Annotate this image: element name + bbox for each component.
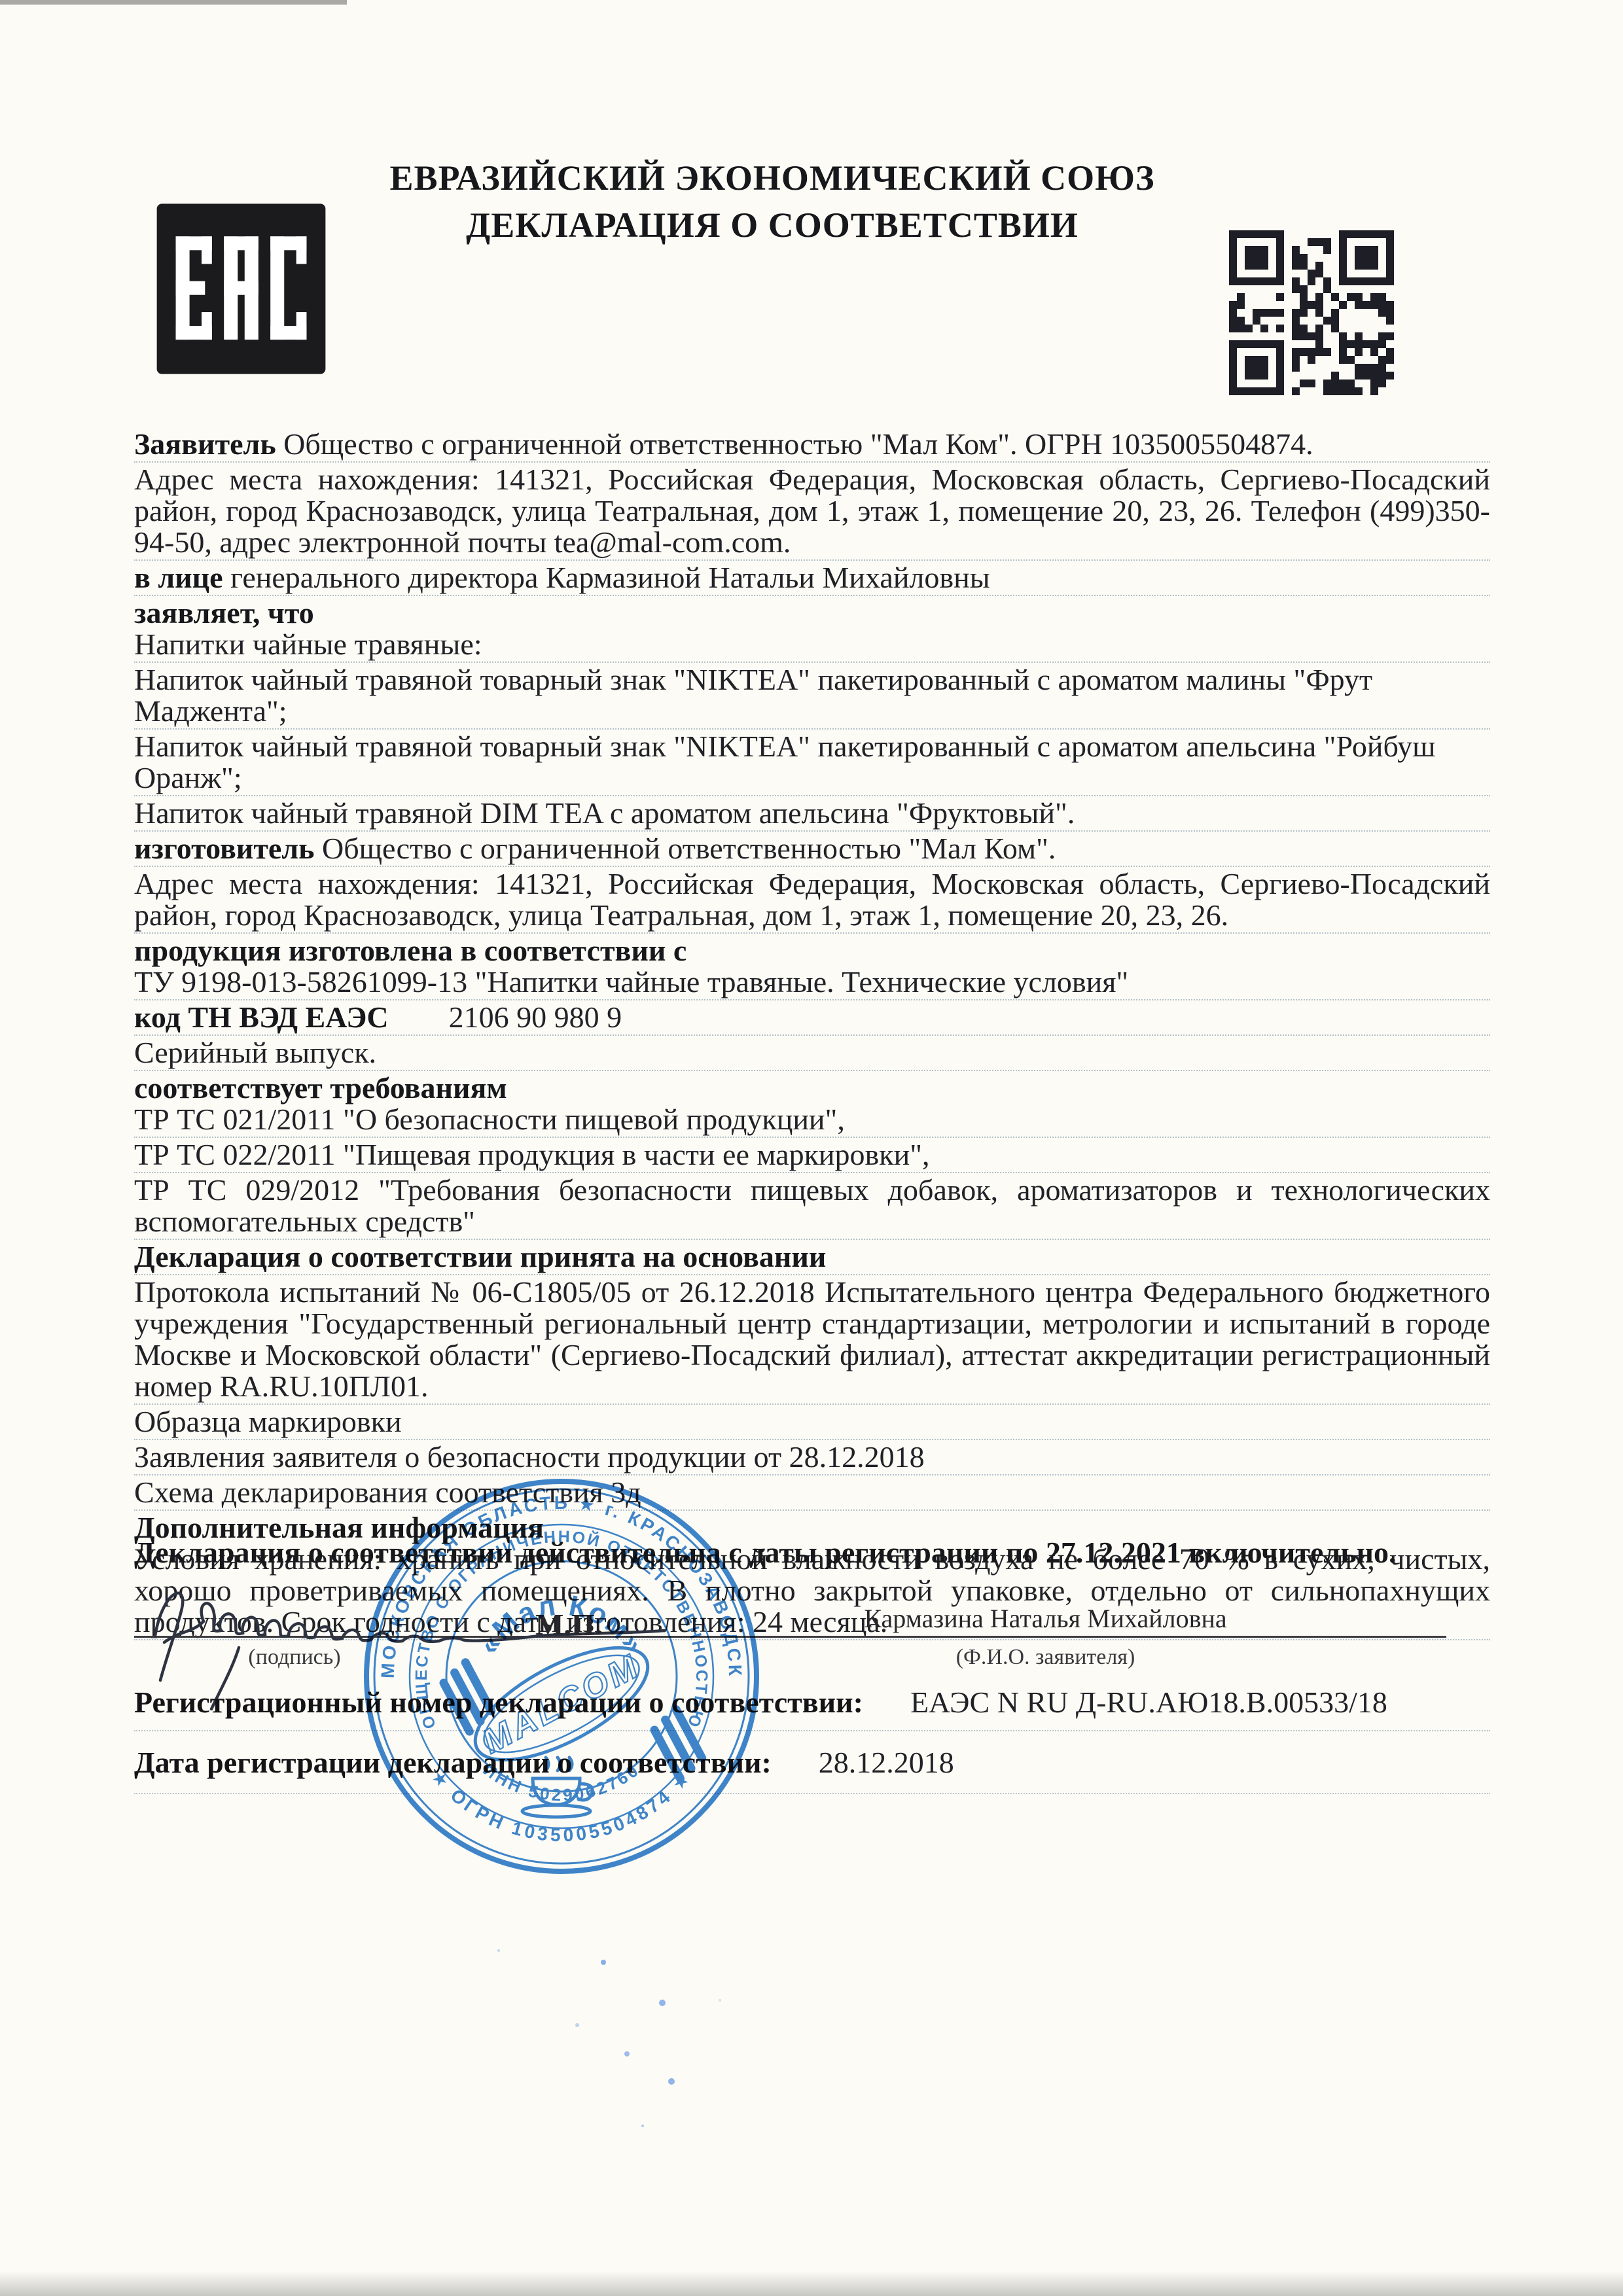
declaration-document: ЕВРАЗИЙСКИЙ ЭКОНОМИЧЕСКИЙ СОЮЗ ДЕКЛАРАЦИ… — [0, 0, 1623, 2296]
manufacturer-text: Общество с ограниченной ответственностью… — [322, 832, 1056, 865]
row-scheme: Схема декларирования соответствия 3д — [134, 1477, 1490, 1511]
tnved-label: код ТН ВЭД ЕАЭС — [134, 1000, 389, 1034]
applicant-label: Заявитель — [134, 427, 276, 461]
row-tr3: ТР ТС 029/2012 "Требования безопасности … — [134, 1174, 1490, 1240]
row-applicant: Заявитель Общество с ограниченной ответс… — [134, 429, 1490, 463]
row-tu: ТУ 9198-013-58261099-13 "Напитки чайные … — [134, 966, 1490, 1000]
row-product-3: Напиток чайный травяной DIM TEA с аромат… — [134, 798, 1490, 832]
row-tr2: ТР ТС 022/2011 "Пищевая продукция в част… — [134, 1139, 1490, 1173]
row-made-head: продукция изготовлена в соответствии с — [134, 935, 1490, 966]
row-tr1: ТР ТС 021/2011 "О безопасности пищевой п… — [134, 1104, 1490, 1138]
scan-artifact-bottom — [0, 2271, 1623, 2296]
registration-number-row: Регистрационный номер декларации о соотв… — [134, 1686, 1490, 1731]
row-declares: заявляет, что — [134, 597, 1490, 629]
row-product-2: Напиток чайный травяной товарный знак "N… — [134, 731, 1490, 796]
registration-number-value: ЕАЭС N RU Д-RU.АЮ18.В.00533/18 — [910, 1686, 1387, 1719]
qr-code — [1229, 230, 1394, 395]
row-in-person: в лице генерального директора Кармазиной… — [134, 562, 1490, 596]
row-applicant-address: Адрес места нахождения: 141321, Российск… — [134, 464, 1490, 561]
applicant-text: Общество с ограниченной ответственностью… — [283, 427, 1313, 461]
row-basis-head: Декларация о соответствии принята на осн… — [134, 1241, 1490, 1275]
row-complies-head: соответствует требованиям — [134, 1072, 1490, 1104]
in-person-label: в лице — [134, 561, 223, 594]
tnved-value: 2106 90 980 9 — [449, 1002, 622, 1033]
registration-date-value: 28.12.2018 — [819, 1746, 954, 1779]
stamp-logo: MALCOM — [476, 1646, 647, 1761]
row-product-1: Напиток чайный травяной товарный знак "N… — [134, 664, 1490, 730]
row-manufacturer-address: Адрес места нахождения: 141321, Российск… — [134, 868, 1490, 934]
applicant-fio: Кармазина Наталья Михайловна — [645, 1603, 1446, 1634]
company-stamp: МОСКОВСКАЯ ОБЛАСТЬ ★ г. КРАСНОЗАВОДСК ★ … — [359, 1474, 764, 1879]
row-statement: Заявления заявителя о безопасности проду… — [134, 1441, 1490, 1475]
row-tnved: код ТН ВЭД ЕАЭС2106 90 980 9 — [134, 1002, 1490, 1036]
document-title: ЕВРАЗИЙСКИЙ ЭКОНОМИЧЕСКИЙ СОЮЗ ДЕКЛАРАЦИ… — [275, 154, 1270, 249]
ink-smudges — [601, 1960, 606, 1965]
document-body: Заявитель Общество с ограниченной ответс… — [134, 429, 1490, 1642]
row-marking: Образца маркировки — [134, 1406, 1490, 1440]
fio-caption: (Ф.И.О. заявителя) — [645, 1645, 1446, 1670]
validity-statement: Декларация о соответствии действительна … — [134, 1536, 1490, 1569]
row-serial: Серийный выпуск. — [134, 1037, 1490, 1071]
scan-artifact-top — [0, 0, 347, 5]
row-manufacturer: изготовитель Общество с ограниченной отв… — [134, 833, 1490, 867]
in-person-text: генерального директора Кармазиной Наталь… — [230, 561, 990, 594]
title-union: ЕВРАЗИЙСКИЙ ЭКОНОМИЧЕСКИЙ СОЮЗ — [275, 154, 1270, 202]
registration-date-row: Дата регистрации декларации о соответств… — [134, 1746, 1490, 1794]
row-protocol: Протокола испытаний № 06-С1805/05 от 26.… — [134, 1277, 1490, 1405]
row-products-intro: Напитки чайные травяные: — [134, 629, 1490, 663]
manufacturer-label: изготовитель — [134, 832, 314, 865]
title-declaration: ДЕКЛАРАЦИЯ О СООТВЕТСТВИИ — [275, 202, 1270, 249]
